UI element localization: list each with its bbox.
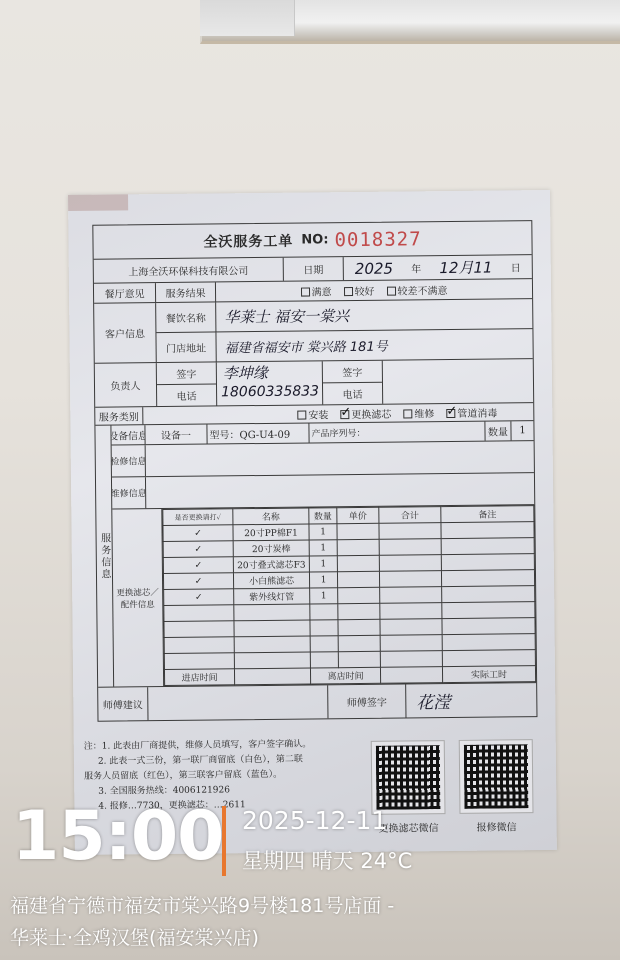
inspection-field[interactable]: [146, 441, 534, 476]
responsible-row: 负责人 签字 电话 李坤缘 18060335833 签字 电话: [95, 359, 533, 408]
restaurant-name-value: 华莱士 福安一棠兴: [216, 299, 532, 331]
time-row: 进店时间 离店时间 实际工时: [164, 666, 535, 686]
advice-field[interactable]: [148, 685, 328, 720]
service-type-filter[interactable]: 更换滤芯: [340, 406, 391, 422]
checkbox[interactable]: [300, 287, 309, 296]
qty-label: 数量: [485, 421, 511, 440]
service-info-block: 服务信息 设备信息 设备一 型号：QG-U4-09 产品序列号： 数量 1 检修…: [95, 421, 536, 687]
device-info-label: 设备信息: [111, 425, 145, 444]
date-month-day: 12月11: [439, 257, 492, 279]
worktime-label: 实际工时: [442, 666, 535, 683]
service-info-label: 服务信息: [97, 532, 113, 580]
qty-value: 1: [511, 421, 533, 440]
customer-row: 客户信息 餐饮名称 华莱士 福安一棠兴 门店地址 福建省福安市 棠兴路 181号: [94, 299, 533, 364]
customer-label: 客户信息: [94, 303, 157, 363]
signature-label: 签字: [157, 362, 216, 384]
leave-label: 离店时间: [310, 667, 380, 684]
repair-label: 维修信息: [112, 477, 146, 508]
service-order-paper: 全沃服务工单 NO: 0018327 上海全沃环保科技有限公司 日期 2025 …: [68, 190, 557, 855]
service-form: 全沃服务工单 NO: 0018327 上海全沃环保科技有限公司 日期 2025 …: [92, 220, 537, 722]
advice-row: 师傅建议 师傅签字 花滢: [98, 682, 536, 721]
qr-code-filter: [372, 741, 445, 814]
form-title: 全沃服务工单: [203, 230, 293, 251]
option-satisfied[interactable]: 满意: [300, 283, 331, 298]
watermark-time: 15:00: [12, 797, 223, 876]
col-qty: 数量: [309, 508, 337, 524]
form-title-row: 全沃服务工单 NO: 0018327: [93, 221, 531, 260]
checkbox[interactable]: [403, 409, 412, 418]
phone-label: 电话: [157, 384, 216, 406]
address-line-2: 华莱士·全鸡汉堡(福安棠兴店): [10, 922, 394, 954]
service-type-repair[interactable]: 维修: [403, 405, 434, 420]
day-suffix: 日: [511, 259, 521, 274]
shelf-bracket: [200, 0, 295, 36]
col-name: 名称: [233, 508, 309, 525]
date-label: 日期: [284, 257, 344, 281]
store-address-label: 门店地址: [156, 332, 216, 362]
paper-tear: [68, 194, 128, 211]
result-label: 服务结果: [156, 282, 216, 302]
device-name: 设备一: [145, 425, 207, 445]
store-address-value: 福建省福安市 棠兴路 181号: [216, 329, 532, 362]
watermark-divider: [222, 806, 226, 876]
qr-code-repair: [460, 740, 533, 813]
inspection-label: 检修信息: [112, 445, 146, 476]
restaurant-name-label: 餐饮名称: [156, 302, 216, 331]
parts-label: 更换滤芯／配件信息: [112, 509, 164, 687]
option-poor[interactable]: 较差不满意: [386, 282, 447, 298]
address-line-1: 福建省宁德市福安市棠兴路9号楼181号店面 -: [10, 890, 394, 922]
col-remark: 备注: [441, 506, 534, 523]
repair-field[interactable]: [146, 473, 534, 508]
phone-value: 18060335833: [217, 383, 322, 406]
serial-label: 产品序列号：: [309, 422, 485, 443]
result-options: 满意 较好 较差不满意: [216, 279, 532, 301]
col-price: 单价: [337, 507, 379, 523]
checkbox[interactable]: [297, 411, 306, 420]
date-year: 2025: [355, 259, 393, 277]
parts-table: 是否更换请打✓ 名称 数量 单价 合计 备注 ✓20寸PP棉F11 ✓20寸炭棒…: [162, 505, 536, 686]
checkbox[interactable]: [386, 287, 395, 296]
service-type-install[interactable]: 安装: [297, 406, 328, 421]
service-type-disinfect[interactable]: 管道消毒: [446, 405, 497, 421]
tech-sign-label: 师傅签字: [328, 684, 406, 718]
qr-repair-label: 报修微信: [452, 818, 542, 834]
col-check: 是否更换请打✓: [163, 509, 233, 526]
watermark-weather: 星期四 晴天 24°C: [242, 845, 412, 875]
watermark-date: 2025-12-11: [242, 806, 387, 835]
service-type-label: 服务类别: [95, 407, 143, 425]
signature-label-2: 签字: [323, 361, 382, 383]
tech-signature: 花滢: [406, 683, 536, 717]
checkbox-checked[interactable]: [446, 409, 455, 418]
order-number: 0018327: [334, 228, 421, 251]
checkbox-checked[interactable]: [340, 410, 349, 419]
phone-label-2: 电话: [323, 382, 382, 404]
responsible-label: 负责人: [95, 363, 157, 407]
advice-label: 师傅建议: [98, 687, 148, 721]
empty-contact-2: [383, 359, 533, 404]
feedback-label: 餐厅意见: [94, 283, 156, 303]
company-name: 上海全沃环保科技有限公司: [94, 258, 284, 283]
checkbox[interactable]: [343, 287, 352, 296]
watermark-address: 福建省宁德市福安市棠兴路9号楼181号店面 - 华莱士·全鸡汉堡(福安棠兴店): [10, 890, 394, 954]
order-no-label: NO:: [301, 232, 328, 247]
device-model: 型号：QG-U4-09: [207, 423, 309, 443]
col-total: 合计: [379, 507, 441, 524]
arrive-label: 进店时间: [164, 669, 234, 686]
year-suffix: 年: [411, 260, 421, 275]
option-good[interactable]: 较好: [343, 283, 374, 298]
signature-value: 李坤缘: [217, 361, 322, 384]
date-field: 2025 年 12月11 日: [344, 255, 532, 280]
